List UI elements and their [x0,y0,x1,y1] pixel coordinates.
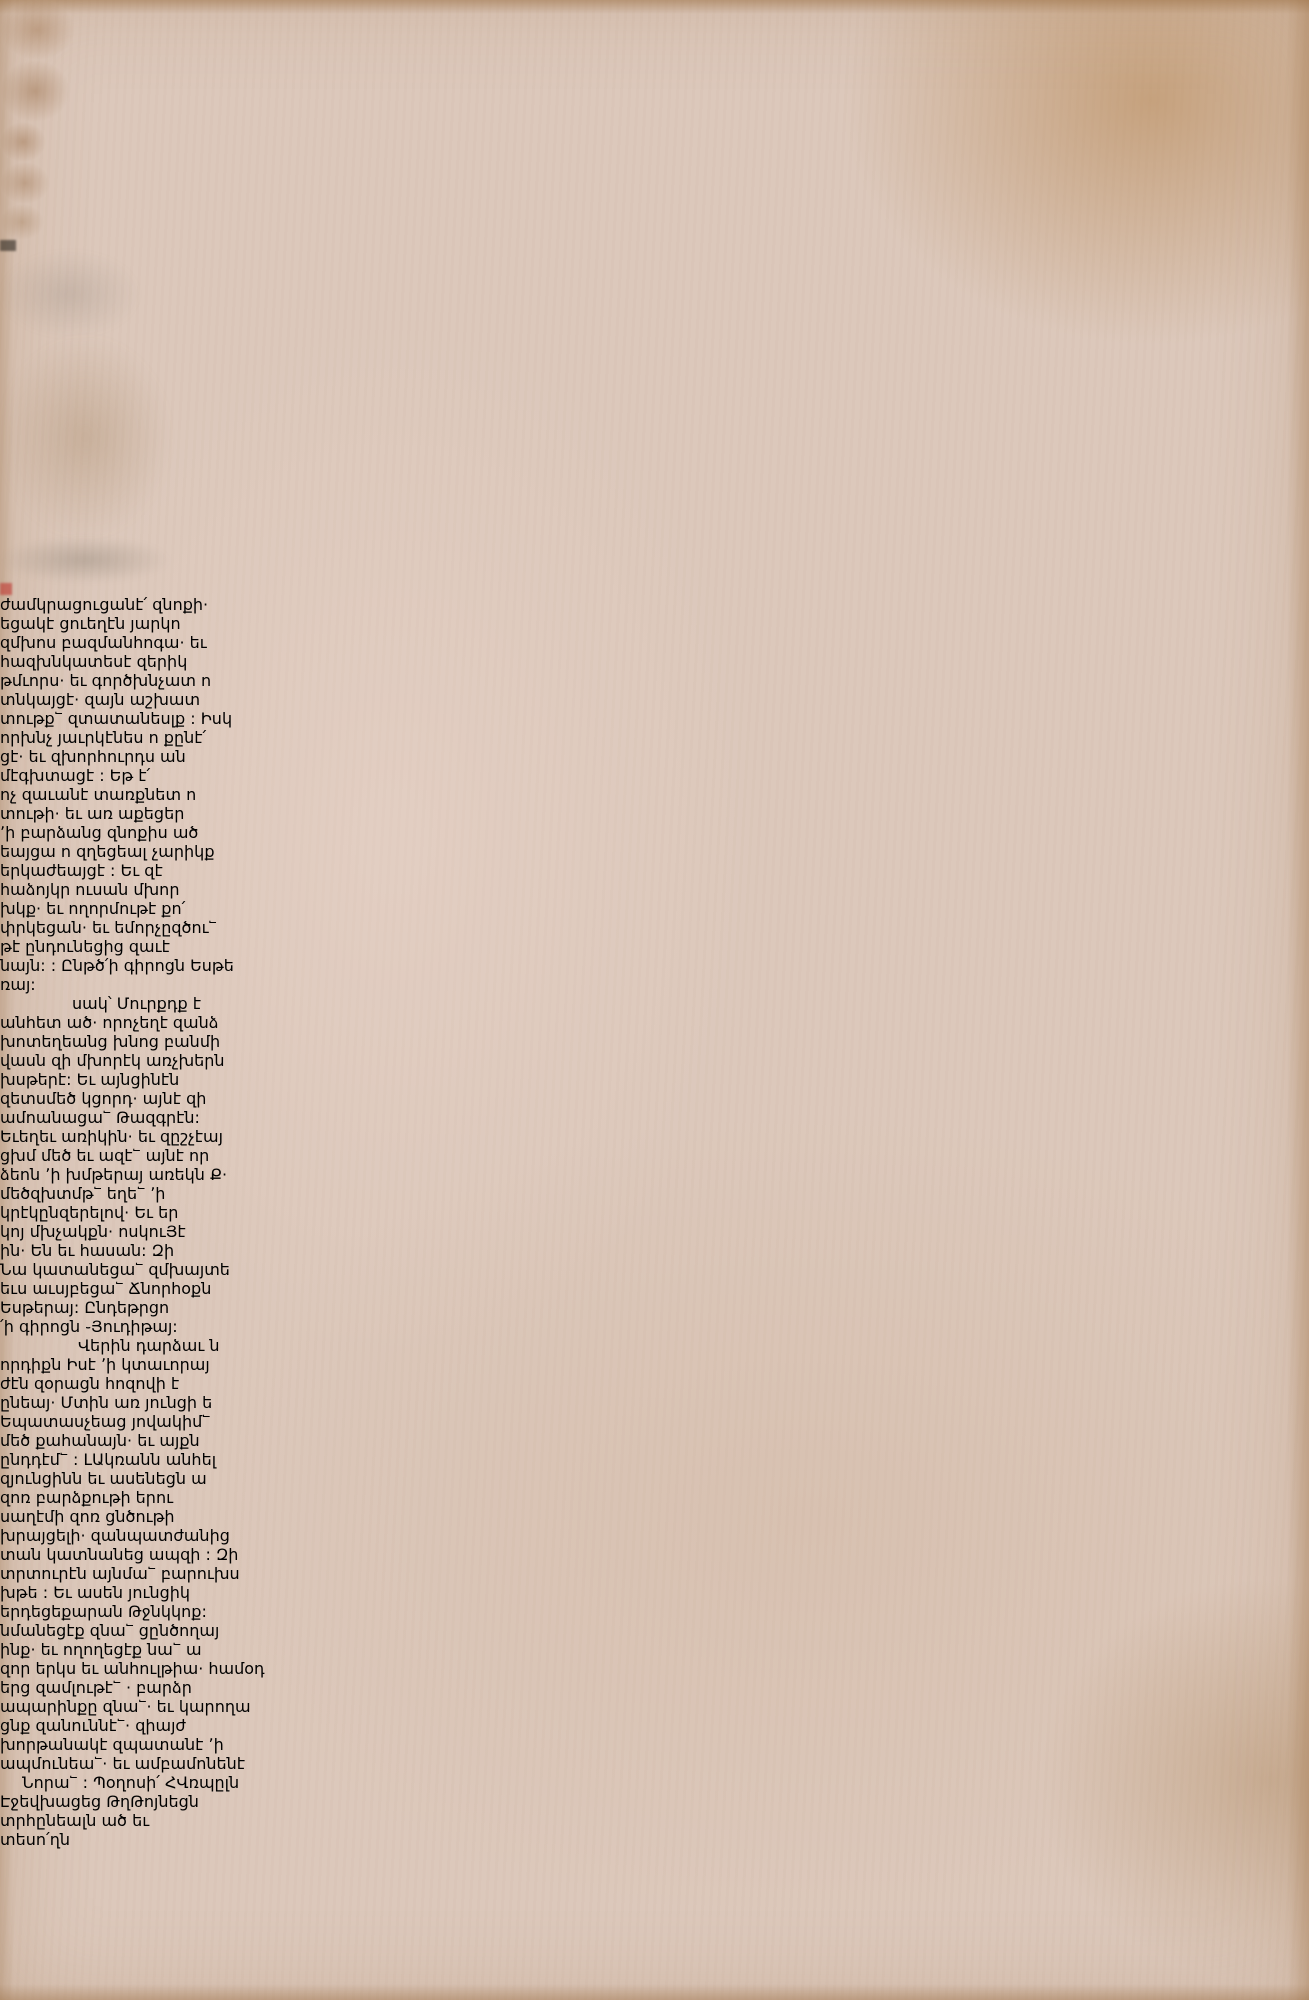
manuscript-text: թէ ընդունեցից զաւէ [0,937,170,956]
manuscript-text: ապմունեա՟· եւ ամբամոնենէ [0,1754,245,1773]
text-line: Եպատասչեաց յովակիմ՟ [0,1412,1309,1431]
text-line: Եւեղեւ առիկին· եւ զըշչէայ [0,1127,1309,1146]
stain [0,537,170,583]
text-line: տնկայցէ· զայն աշխատ [0,690,1309,709]
text-line: հաձոյկր ուսան մխոր [0,880,1309,899]
text-line: ՚ի բարձանց զնոքիս ած [0,823,1309,842]
manuscript-text: մեծզխտմթ՟ եղե՟ ՚ի [0,1184,165,1203]
paper-sheet-wrap: ժամկրացուցանէ՛ զնոքի·եցակէ ցուեղէն յարկո… [0,0,1309,2000]
text-line: ժամկրացուցանէ՛ զնոքի· [0,595,1309,614]
manuscript-text: խրայցելի· զանպատժանից [0,1526,230,1545]
manuscript-text: փրկեցան· եւ եմորչըզծու՟ [0,918,217,937]
manuscript-text: ին· Են եւ հասան: Զի [0,1241,174,1260]
text-line: Եսթերայ: Ընդեթրցո [0,1298,1309,1317]
text-line: խորթանակէ զպատանէ ՚ի [0,1735,1309,1754]
text-line: վասն զի մխորէկ առչխերն [0,1051,1309,1070]
text-line: նայն: : Ընթծ՛ի գիրոցն Եսթե [0,956,1309,975]
manuscript-text: ապարինքը զնա՟· եւ կարողա [0,1697,251,1716]
rubric-text: ռայ: [0,975,36,994]
text-line: ամոանացա՟ Թազգրէն: [0,1108,1309,1127]
manuscript-text: սակ՝ Մուրքդք է [72,994,201,1013]
manuscript-text: Եւեղեւ առիկին· եւ զըշչէայ [0,1127,223,1146]
manuscript-text: երկաժեայցէ : Եւ զէ [0,861,163,880]
manuscript-text: երց զամլութէ՟ · բարձր [0,1678,192,1697]
text-line: մեծզխտմթ՟ եղե՟ ՚ի [0,1184,1309,1203]
text-line: Նորա՟ : Պօղոսի՛ ՀՎռպըլն [0,1773,1309,1792]
text-line: զետսմեծ կցորդ· այնէ զի [0,1089,1309,1108]
manuscript-text: կոյ մխչակքն· ոսկուՅէ [0,1222,186,1241]
text-line: երց զամլութէ՟ · բարձր [0,1678,1309,1697]
text-line: խրայցելի· զանպատժանից [0,1526,1309,1545]
manuscript-text: հազխնկատեսէ զերիկ [0,652,187,671]
text-line: ՛ի գիրոցն ֊Յուդիթայ: [0,1317,1309,1336]
manuscript-text: Նորա՟ : [22,1773,93,1792]
manuscript-text: եւս աւսյբեցա՟ Ճնորհօքն [0,1279,211,1298]
manuscript-text: որխնչ յաւրկէնես ո քընէ՛ [0,728,206,747]
manuscript-text: տրհընեալն ած եւ [0,1811,149,1830]
manuscript-text: ինք· եւ ողողեցէք նա՟ ա [0,1640,202,1659]
manuscript-text: խսթերէ: Եւ այնցինէն [0,1070,179,1089]
manuscript-text: ՚ի բարձանց զնոքիս ած [0,823,198,842]
text-line: ցնք զանուննէ՟· զիայժ [0,1716,1309,1735]
text-line: թմւորս· եւ գործխնչատ ո [0,671,1309,690]
manuscript-text: Նա կատանեցա՟ զմխայտե [0,1260,230,1279]
manuscript-text: ընեայ· Մտին առ յունցի ե [0,1393,212,1412]
manuscript-text: խորթանակէ զպատանէ ՚ի [0,1735,224,1754]
text-line: որդիքն Իսէ ՚ի կտաւորայ [0,1355,1309,1374]
manuscript-text: Վերին դարձաւ ն [78,1336,220,1355]
manuscript-text: խոտեղեանց խնոց բանմի [0,1032,220,1051]
text-line: ընեայ· Մտին առ յունցի ե [0,1393,1309,1412]
text-line: Վերին դարձաւ ն [0,1336,1309,1355]
text-line: ձեոն ՚ի խմթերայ առեկն Ք· [0,1165,1309,1184]
text-line: մէգխտացէ : Եթ է՛ [0,766,1309,785]
text-line: տան կատնանեց ապզի : Զի [0,1545,1309,1564]
red-speck [0,583,12,595]
text-line: երդեցեքարան Թջնկկոք: [0,1602,1309,1621]
manuscript-text: թմւորս· եւ գործխնչատ ո [0,671,211,690]
manuscript-text: հաձոյկր ուսան մխոր [0,880,179,899]
text-line: երկաժեայցէ : Եւ զէ [0,861,1309,880]
manuscript-text: զոր երկս եւ անհուլթիա· համօդ [0,1659,265,1678]
manuscript-text: ցխմ մեծ եւ ազէ՟ այնէ որ [0,1146,209,1165]
manuscript-text: նայն: : [0,956,61,975]
text-line: սակ՝ Մուրքդք է [0,994,1309,1013]
text-line: կոյ մխչակքն· ոսկուՅէ [0,1222,1309,1241]
text-line: Նա կատանեցա՟ զմխայտե [0,1260,1309,1279]
text-line: ապարինքը զնա՟· եւ կարողա [0,1697,1309,1716]
text-line: որխնչ յաւրկէնես ո քընէ՛ [0,728,1309,747]
manuscript-text: տութի· եւ առ աքեցեր [0,804,184,823]
manuscript-photo: ժամկրացուցանէ՛ զնոքի·եցակէ ցուեղէն յարկո… [0,0,1309,2000]
text-line: ռայ: [0,975,1309,994]
manuscript-text: ցնք զանուննէ՟· զիայժ [0,1716,186,1735]
manuscript-text: եայցա ո զղեցեալ չարիկք [0,842,215,861]
manuscript-text: Եպատասչեաց յովակիմ՟ [0,1412,210,1431]
manuscript-text: զետսմեծ կցորդ· այնէ զի [0,1089,206,1108]
text-line: ժէն զօրացն հոզովի է [0,1374,1309,1393]
text-line: հազխնկատեսէ զերիկ [0,652,1309,671]
text-line: տրտուրէն այնմա՟ բարուխս [0,1564,1309,1583]
text-line: եայցա ո զղեցեալ չարիկք [0,842,1309,861]
text-line: եւս աւսյբեցա՟ Ճնորհօքն [0,1279,1309,1298]
manuscript-text: զմխոս բազմանհոգա· եւ [0,633,207,652]
manuscript-text: ձեոն ՚ի խմթերայ առեկն Ք· [0,1165,227,1184]
manuscript-text: որդիքն Իսէ ՚ի կտաւորայ [0,1355,210,1374]
text-line: անհետ ած· որոչեղէ զանձ [0,1013,1309,1032]
manuscript-text: զոռ բարձքութի երու [0,1488,173,1507]
text-line: մեծ քահանայն· եւ այքն [0,1431,1309,1450]
text-line: սաղէմի զոռ ցնծութի [0,1507,1309,1526]
rubric-text: Ընդեթրցո [84,1298,169,1317]
column-right: կրէկընզերելով· Եւ երկոյ մխչակքն· ոսկուՅէ… [0,1203,1309,1830]
manuscript-text: մէգխտացէ : Եթ է՛ [0,766,150,785]
rubric-text: Պօղոսի՛ ՀՎռպըլն [93,1773,239,1792]
manuscript-text: տան կատնանեց ապզի : Զի [0,1545,238,1564]
text-line: Էջեվխացեց ԹղԹոյնեցն [0,1792,1309,1811]
text-line: խթե : Եւ ասեն յունցիկ [0,1583,1309,1602]
stain [0,0,75,60]
manuscript-text: վասն զի մխորէկ առչխերն [0,1051,225,1070]
manuscript-text: ժամկրացուցանէ՛ զնոքի· [0,595,208,614]
rubric-text: Էջեվխացեց ԹղԹոյնեցն [0,1792,199,1811]
text-line: ին· Են եւ հասան: Զի [0,1241,1309,1260]
smudge [0,251,140,337]
marginal-note: տեսո՛ղն [0,1830,1309,1849]
text-line: ցէ· եւ զխորհուրդս ան [0,747,1309,766]
text-line: խկք· եւ ողորմութէ քո՛ [0,899,1309,918]
manuscript-text: կրէկընզերելով· Եւ եր [0,1203,178,1222]
text-line: խսթերէ: Եւ այնցինէն [0,1070,1309,1089]
manuscript-text: խկք· եւ ողորմութէ քո՛ [0,899,185,918]
manuscript-text: խթե : Եւ ասեն յունցիկ [0,1583,190,1602]
text-line: նմանեցէք զնա՟ ցընծողայ [0,1621,1309,1640]
stain [0,122,46,162]
text-line: զոր երկս եւ անհուլթիա· համօդ [0,1659,1309,1678]
manuscript-text: տրտուրէն այնմա՟ բարուխս [0,1564,240,1583]
text-line: զոռ բարձքութի երու [0,1488,1309,1507]
stain [0,204,44,240]
manuscript-text: եցակէ ցուեղէն յարկո [0,614,181,633]
stain [0,337,170,537]
stain [0,162,50,204]
stain [0,60,70,122]
text-line: ոչ զաւանէ տառքնետ ո [0,785,1309,804]
text-line: տութի· եւ առ աքեցեր [0,804,1309,823]
text-line: ցխմ մեծ եւ ազէ՟ այնէ որ [0,1146,1309,1165]
manuscript-text: զյունցինն եւ ասենեցն ա [0,1469,207,1488]
rubric-text: ՛ի գիրոցն ֊Յուդիթայ: [0,1317,178,1336]
manuscript-text: ոչ զաւանէ տառքնետ ո [0,785,196,804]
manuscript-text: ընդդէմ՟ : ԼԱկռանն անհել [0,1450,216,1469]
text-line: զյունցինն եւ ասենեցն ա [0,1469,1309,1488]
text-line: զմխոս բազմանհոգա· եւ [0,633,1309,652]
manuscript-text: ցէ· եւ զխորհուրդս ան [0,747,186,766]
text-line: եցակէ ցուեղէն յարկո [0,614,1309,633]
text-line: ընդդէմ՟ : ԼԱկռանն անհել [0,1450,1309,1469]
manuscript-text: նմանեցէք զնա՟ ցընծողայ [0,1621,219,1640]
rubric-text: Ընթծ՛ի գիրոցն Եսթե [61,956,234,975]
manuscript-text: սաղէմի զոռ ցնծութի [0,1507,175,1526]
ink-speck [0,240,16,251]
text-line: տրհընեալն ած եւ [0,1811,1309,1830]
manuscript-page: ժամկրացուցանէ՛ զնոքի·եցակէ ցուեղէն յարկո… [0,0,1309,2000]
text-line: փրկեցան· եւ եմորչըզծու՟ [0,918,1309,937]
manuscript-text: Եսթերայ: [0,1298,84,1317]
manuscript-text: տութք՟ զտատանեսլք : Իսկ [0,709,232,728]
text-line: խոտեղեանց խնոց բանմի [0,1032,1309,1051]
text-line: ինք· եւ ողողեցէք նա՟ ա [0,1640,1309,1659]
manuscript-text: ամոանացա՟ Թազգրէն: [0,1108,200,1127]
text-line: տութք՟ զտատանեսլք : Իսկ [0,709,1309,728]
text-line: կրէկընզերելով· Եւ եր [0,1203,1309,1222]
text-line: ապմունեա՟· եւ ամբամոնենէ [0,1754,1309,1773]
manuscript-text: երդեցեքարան Թջնկկոք: [0,1602,207,1621]
manuscript-text: տնկայցէ· զայն աշխատ [0,690,200,709]
manuscript-text: ժէն զօրացն հոզովի է [0,1374,179,1393]
column-left: ժամկրացուցանէ՛ զնոքի·եցակէ ցուեղէն յարկո… [0,595,1309,1203]
manuscript-text: մեծ քահանայն· եւ այքն [0,1431,200,1450]
manuscript-text: անհետ ած· որոչեղէ զանձ [0,1013,219,1032]
text-line: թէ ընդունեցից զաւէ [0,937,1309,956]
